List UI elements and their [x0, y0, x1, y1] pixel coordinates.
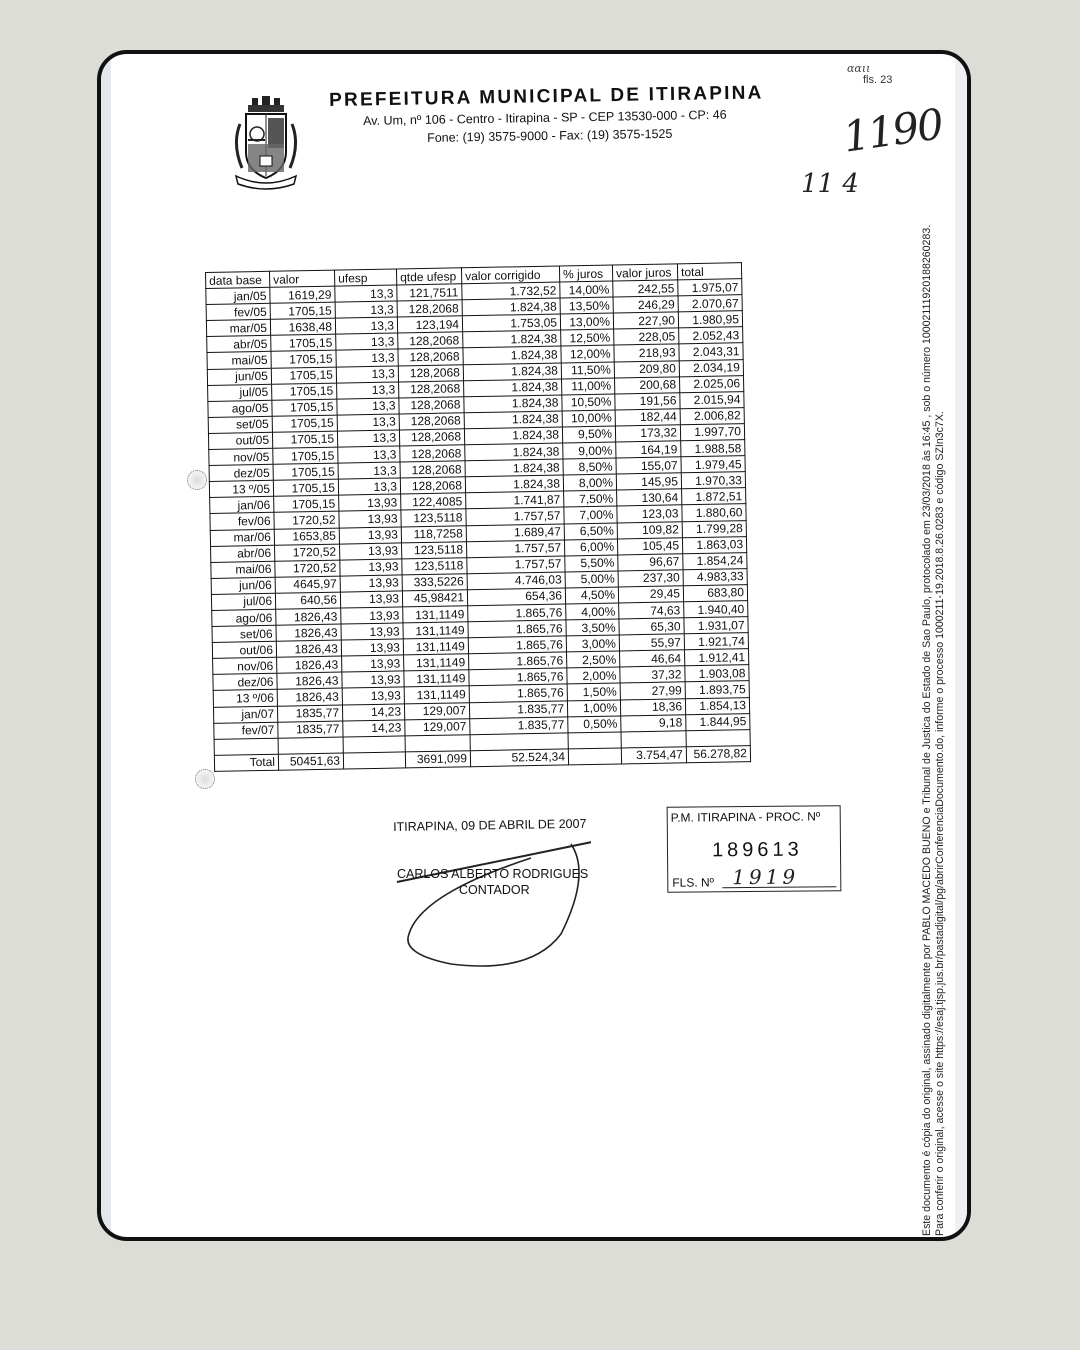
value-cell: 1720,52: [274, 511, 339, 528]
value-cell: 237,30: [618, 570, 683, 587]
col-header: total: [677, 263, 741, 280]
value-cell: 1826,43: [276, 624, 341, 641]
value-cell: 1.940,40: [684, 601, 748, 618]
value-cell: 5,50%: [565, 555, 618, 572]
digital-signature-note: Este documento é cópia do original, assi…: [921, 56, 947, 1236]
date-cell: set/05: [208, 416, 272, 433]
value-cell: 13,3: [335, 301, 397, 318]
value-cell: 118,7258: [401, 525, 466, 542]
value-cell: 96,67: [618, 553, 683, 570]
value-cell: 37,32: [620, 666, 685, 683]
punch-hole: [195, 769, 215, 789]
value-cell: 13,93: [342, 655, 404, 672]
value-cell: [278, 737, 343, 754]
digital-signature-line2: Para conferir o original, acesse o site …: [934, 56, 947, 1236]
date-cell: out/06: [212, 641, 276, 658]
value-cell: 8,00%: [563, 474, 616, 491]
value-cell: 1.921,74: [684, 633, 748, 650]
total-cell: [343, 752, 405, 769]
value-cell: [568, 732, 621, 749]
value-cell: 123,5118: [401, 541, 466, 558]
date-cell: 13 º/05: [209, 481, 273, 498]
date-cell: set/06: [212, 625, 276, 642]
value-cell: 13,93: [340, 591, 402, 608]
value-cell: 128,2068: [398, 348, 463, 365]
value-cell: 1.824,38: [463, 346, 561, 364]
value-cell: 1.689,47: [466, 523, 564, 541]
value-cell: 1.975,07: [678, 279, 742, 296]
value-cell: 1835,77: [277, 705, 342, 722]
value-cell: 13,3: [338, 462, 400, 479]
value-cell: 14,00%: [560, 281, 613, 298]
total-label: Total: [214, 754, 278, 771]
value-cell: 13,3: [338, 446, 400, 463]
date-cell: out/05: [208, 432, 272, 449]
value-cell: 0,50%: [568, 716, 621, 733]
header-phone: Fone: (19) 3575-9000 - Fax: (19) 3575-15…: [427, 127, 673, 145]
page-number-stamp: ααιι fls. 23: [863, 74, 892, 86]
value-cell: 13,3: [336, 349, 398, 366]
value-cell: 1826,43: [276, 608, 341, 625]
value-cell: 4,00%: [566, 603, 619, 620]
signer-name: CARLOS ALBERTO RODRIGUES: [397, 867, 588, 881]
value-cell: 13,93: [341, 639, 403, 656]
value-cell: 1.970,33: [681, 472, 745, 489]
col-header: valor: [269, 270, 334, 287]
value-cell: 2.006,82: [680, 407, 744, 424]
value-cell: 1705,15: [271, 351, 336, 368]
value-cell: 1826,43: [277, 688, 342, 705]
value-cell: 1705,15: [273, 463, 338, 480]
col-header: valor juros: [612, 264, 677, 281]
value-cell: 1.979,45: [681, 456, 745, 473]
value-cell: 13,93: [340, 575, 402, 592]
value-cell: 13,93: [340, 543, 402, 560]
value-cell: 65,30: [619, 618, 684, 635]
value-cell: 13,93: [340, 559, 402, 576]
col-header: % juros: [559, 265, 612, 282]
fls-number-label: FLS. Nº: [672, 875, 714, 889]
value-cell: 105,45: [617, 537, 682, 554]
date-cell: abr/06: [211, 545, 275, 562]
value-cell: 1.865,76: [469, 684, 567, 702]
date-cell: mar/05: [206, 320, 270, 337]
value-cell: 1.865,76: [469, 668, 567, 686]
value-cell: 10,00%: [562, 410, 615, 427]
value-cell: 18,36: [620, 698, 685, 715]
date-cell: fev/06: [210, 513, 274, 530]
value-cell: 13,93: [339, 510, 401, 527]
value-cell: 1.757,57: [466, 540, 564, 558]
value-cell: 12,00%: [561, 345, 614, 362]
date-cell: jun/05: [207, 368, 271, 385]
value-cell: 9,50%: [562, 426, 615, 443]
value-cell: 1705,15: [272, 399, 337, 416]
value-cell: [470, 733, 568, 751]
value-cell: 4.746,03: [467, 572, 565, 590]
value-cell: 1.997,70: [680, 424, 744, 441]
col-header: valor corrigido: [461, 266, 559, 284]
process-stamp: P.M. ITIRAPINA - PROC. Nº 189613 FLS. Nº…: [667, 805, 842, 893]
value-cell: 2.034,19: [679, 359, 743, 376]
value-cell: 6,00%: [564, 539, 617, 556]
value-cell: 164,19: [616, 441, 681, 458]
value-cell: 1.835,77: [469, 700, 567, 718]
value-cell: 46,64: [620, 650, 685, 667]
value-cell: 200,68: [615, 376, 680, 393]
value-cell: 7,50%: [564, 490, 617, 507]
value-cell: 10,50%: [562, 394, 615, 411]
frame-edge-shade-right: [955, 54, 967, 1237]
process-number: 189613: [712, 839, 803, 863]
value-cell: 1619,29: [270, 286, 335, 303]
value-cell: 182,44: [615, 409, 680, 426]
value-cell: 130,64: [617, 489, 682, 506]
value-cell: 128,2068: [400, 461, 465, 478]
value-cell: 4,50%: [565, 587, 618, 604]
date-cell: 13 º/06: [213, 690, 277, 707]
date-cell: mai/06: [211, 561, 275, 578]
value-cell: 209,80: [614, 360, 679, 377]
value-cell: 1705,15: [272, 415, 337, 432]
value-cell: 8,50%: [563, 458, 616, 475]
value-cell: 1.824,38: [465, 443, 563, 461]
value-cell: 128,2068: [399, 413, 464, 430]
digital-signature-line1: Este documento é cópia do original, assi…: [921, 56, 934, 1236]
value-cell: [343, 736, 405, 753]
value-cell: 27,99: [620, 682, 685, 699]
value-cell: 13,93: [342, 687, 404, 704]
value-cell: 1638,48: [270, 318, 335, 335]
total-cell: 50451,63: [278, 753, 343, 770]
value-cell: 191,56: [615, 393, 680, 410]
value-cell: 3,00%: [566, 635, 619, 652]
value-cell: 13,3: [336, 333, 398, 350]
value-cell: 13,93: [339, 494, 401, 511]
value-cell: 333,5226: [402, 574, 467, 591]
date-cell: nov/05: [209, 448, 273, 465]
value-cell: 173,32: [615, 425, 680, 442]
value-cell: 123,03: [617, 505, 682, 522]
value-cell: 14,23: [343, 720, 405, 737]
value-cell: 9,00%: [563, 442, 616, 459]
value-cell: 123,5118: [402, 557, 467, 574]
date-cell: jul/06: [211, 593, 275, 610]
value-cell: 1.865,76: [468, 636, 566, 654]
value-cell: 1,50%: [567, 683, 620, 700]
value-cell: 123,5118: [401, 509, 466, 526]
date-cell: mai/05: [207, 352, 271, 369]
value-cell: 1.824,38: [463, 330, 561, 348]
value-cell: 1.824,38: [464, 427, 562, 445]
date-cell: fev/05: [206, 304, 270, 321]
value-cell: 1705,15: [271, 367, 336, 384]
value-cell: 109,82: [617, 521, 682, 538]
calculation-table: data base valor ufesp qtde ufesp valor c…: [205, 262, 751, 772]
value-cell: 14,23: [342, 703, 404, 720]
value-cell: 131,1149: [403, 622, 468, 639]
value-cell: 2.070,67: [678, 295, 742, 312]
value-cell: 1.824,38: [465, 459, 563, 477]
calculation-table-container: data base valor ufesp qtde ufesp valor c…: [205, 262, 751, 772]
value-cell: 1.912,41: [685, 649, 749, 666]
value-cell: 13,3: [337, 382, 399, 399]
value-cell: 1653,85: [274, 528, 339, 545]
value-cell: 13,3: [337, 430, 399, 447]
total-cell: 52.524,34: [470, 749, 568, 767]
date-cell: jan/05: [206, 287, 270, 304]
value-cell: 2.015,94: [680, 391, 744, 408]
value-cell: 13,00%: [560, 313, 613, 330]
document-frame: PREFEITURA MUNICIPAL DE ITIRAPINA Av. Um…: [97, 50, 971, 1241]
handwritten-mark: 11 4: [801, 169, 859, 199]
value-cell: 55,97: [619, 634, 684, 651]
value-cell: 1.854,13: [685, 697, 749, 714]
value-cell: 45,98421: [402, 590, 467, 607]
value-cell: 1.931,07: [684, 617, 748, 634]
value-cell: 1.854,24: [683, 552, 747, 569]
value-cell: 13,3: [335, 285, 397, 302]
fls-label: fls. 23: [863, 74, 892, 86]
value-cell: 9,18: [621, 714, 686, 731]
value-cell: 13,3: [337, 398, 399, 415]
value-cell: 1,00%: [567, 699, 620, 716]
value-cell: 1.757,57: [467, 556, 565, 574]
value-cell: 2,50%: [567, 651, 620, 668]
value-cell: 1826,43: [277, 656, 342, 673]
value-cell: 218,93: [614, 344, 679, 361]
value-cell: 227,90: [613, 312, 678, 329]
value-cell: 2.025,06: [679, 375, 743, 392]
value-cell: 13,3: [336, 366, 398, 383]
frame-edge-shade: [101, 54, 111, 1237]
process-stamp-title: P.M. ITIRAPINA - PROC. Nº: [671, 809, 821, 824]
value-cell: 1720,52: [275, 544, 340, 561]
date-cell: fev/07: [214, 722, 278, 739]
value-cell: 128,2068: [400, 477, 465, 494]
value-cell: 128,2068: [399, 397, 464, 414]
header-address: Av. Um, nº 106 - Centro - Itirapina - SP…: [363, 108, 727, 128]
value-cell: 1.844,95: [686, 713, 750, 730]
date-cell: nov/06: [213, 658, 277, 675]
value-cell: 7,00%: [564, 506, 617, 523]
value-cell: 1705,15: [273, 479, 338, 496]
value-cell: 4.983,33: [683, 568, 747, 585]
value-cell: 1.824,38: [464, 395, 562, 413]
value-cell: 1.824,38: [464, 379, 562, 397]
value-cell: 128,2068: [398, 364, 463, 381]
value-cell: 131,1149: [403, 606, 468, 623]
value-cell: 123,194: [397, 316, 462, 333]
value-cell: 128,2068: [399, 429, 464, 446]
value-cell: 13,93: [339, 526, 401, 543]
value-cell: 131,1149: [403, 638, 468, 655]
value-cell: 1.757,57: [466, 507, 564, 525]
value-cell: 2,00%: [567, 667, 620, 684]
value-cell: 3,50%: [566, 619, 619, 636]
value-cell: 131,1149: [404, 686, 469, 703]
value-cell: 640,56: [275, 592, 340, 609]
value-cell: [405, 734, 470, 751]
value-cell: 1.865,76: [468, 620, 566, 638]
value-cell: 1705,15: [270, 302, 335, 319]
value-cell: 13,93: [341, 623, 403, 640]
value-cell: 121,7511: [397, 284, 462, 301]
value-cell: 13,3: [335, 317, 397, 334]
value-cell: 2.052,43: [679, 327, 743, 344]
value-cell: 1.872,51: [682, 488, 746, 505]
value-cell: 128,2068: [400, 445, 465, 462]
value-cell: 1705,15: [271, 334, 336, 351]
col-header: qtde ufesp: [396, 268, 461, 285]
date-cell: jun/06: [211, 577, 275, 594]
value-cell: 246,29: [613, 296, 678, 313]
value-cell: 1.799,28: [682, 520, 746, 537]
date-cell: jan/06: [210, 497, 274, 514]
signer-role: CONTADOR: [459, 883, 530, 897]
date-cell: dez/05: [209, 464, 273, 481]
value-cell: 1.865,76: [469, 652, 567, 670]
value-cell: 242,55: [613, 280, 678, 297]
value-cell: 129,007: [404, 702, 469, 719]
value-cell: 1.903,08: [685, 665, 749, 682]
date-cell: dez/06: [213, 674, 277, 691]
value-cell: 1826,43: [277, 672, 342, 689]
date-cell: ago/06: [212, 609, 276, 626]
value-cell: 1.741,87: [466, 491, 564, 509]
value-cell: [686, 729, 750, 746]
value-cell: 228,05: [614, 328, 679, 345]
date-cell: mar/06: [210, 529, 274, 546]
value-cell: 13,50%: [560, 297, 613, 314]
punch-hole: [187, 470, 207, 490]
value-cell: 4645,97: [275, 576, 340, 593]
total-cell: 3.754,47: [621, 747, 686, 764]
total-cell: [568, 748, 621, 765]
value-cell: 1826,43: [276, 640, 341, 657]
date-cell: abr/05: [207, 336, 271, 353]
date-cell: jan/07: [213, 706, 277, 723]
fls-number-value: 1919: [732, 865, 799, 890]
value-cell: 155,07: [616, 457, 681, 474]
value-cell: 11,00%: [562, 378, 615, 395]
value-cell: 1705,15: [272, 431, 337, 448]
value-cell: 1.980,95: [678, 311, 742, 328]
total-cell: 56.278,82: [686, 745, 750, 762]
value-cell: 131,1149: [404, 670, 469, 687]
value-cell: 13,3: [337, 414, 399, 431]
coat-of-arms-icon: [226, 94, 306, 194]
value-cell: 74,63: [619, 602, 684, 619]
value-cell: 13,3: [338, 478, 400, 495]
value-cell: 13,93: [341, 607, 403, 624]
value-cell: 145,95: [616, 473, 681, 490]
value-cell: 129,007: [405, 718, 470, 735]
date-cell: [214, 738, 278, 755]
col-header: ufesp: [334, 269, 396, 286]
date-cell: jul/05: [208, 384, 272, 401]
value-cell: 1.863,03: [682, 536, 746, 553]
value-cell: 13,93: [342, 671, 404, 688]
value-cell: 1.824,38: [465, 475, 563, 493]
value-cell: 1.732,52: [462, 282, 560, 300]
value-cell: 128,2068: [397, 300, 462, 317]
value-cell: 1.753,05: [462, 314, 560, 332]
value-cell: 6,50%: [564, 522, 617, 539]
date-cell: ago/05: [208, 400, 272, 417]
value-cell: 1705,15: [273, 447, 338, 464]
value-cell: 1705,15: [272, 383, 337, 400]
value-cell: 128,2068: [398, 332, 463, 349]
value-cell: 1.893,75: [685, 681, 749, 698]
handwritten-note: ααιι: [847, 62, 870, 75]
value-cell: 1705,15: [274, 495, 339, 512]
value-cell: 2.043,31: [679, 343, 743, 360]
value-cell: 683,80: [683, 584, 747, 601]
value-cell: [621, 730, 686, 747]
value-cell: 1835,77: [278, 721, 343, 738]
value-cell: 1720,52: [275, 560, 340, 577]
value-cell: 1.824,38: [464, 411, 562, 429]
value-cell: 131,1149: [404, 654, 469, 671]
handwritten-signature-icon: [391, 824, 591, 974]
value-cell: 1.880,60: [682, 504, 746, 521]
value-cell: 1.824,38: [462, 298, 560, 316]
value-cell: 1.824,38: [463, 363, 561, 381]
value-cell: 654,36: [467, 588, 565, 606]
value-cell: 1.835,77: [470, 717, 568, 735]
value-cell: 12,50%: [561, 329, 614, 346]
value-cell: 1.865,76: [468, 604, 566, 622]
col-header: data base: [206, 271, 270, 288]
value-cell: 29,45: [618, 586, 683, 603]
value-cell: 11,50%: [561, 362, 614, 379]
value-cell: 1.988,58: [681, 440, 745, 457]
value-cell: 5,00%: [565, 571, 618, 588]
value-cell: 128,2068: [399, 380, 464, 397]
total-cell: 3691,099: [405, 751, 470, 768]
value-cell: 122,4085: [401, 493, 466, 510]
